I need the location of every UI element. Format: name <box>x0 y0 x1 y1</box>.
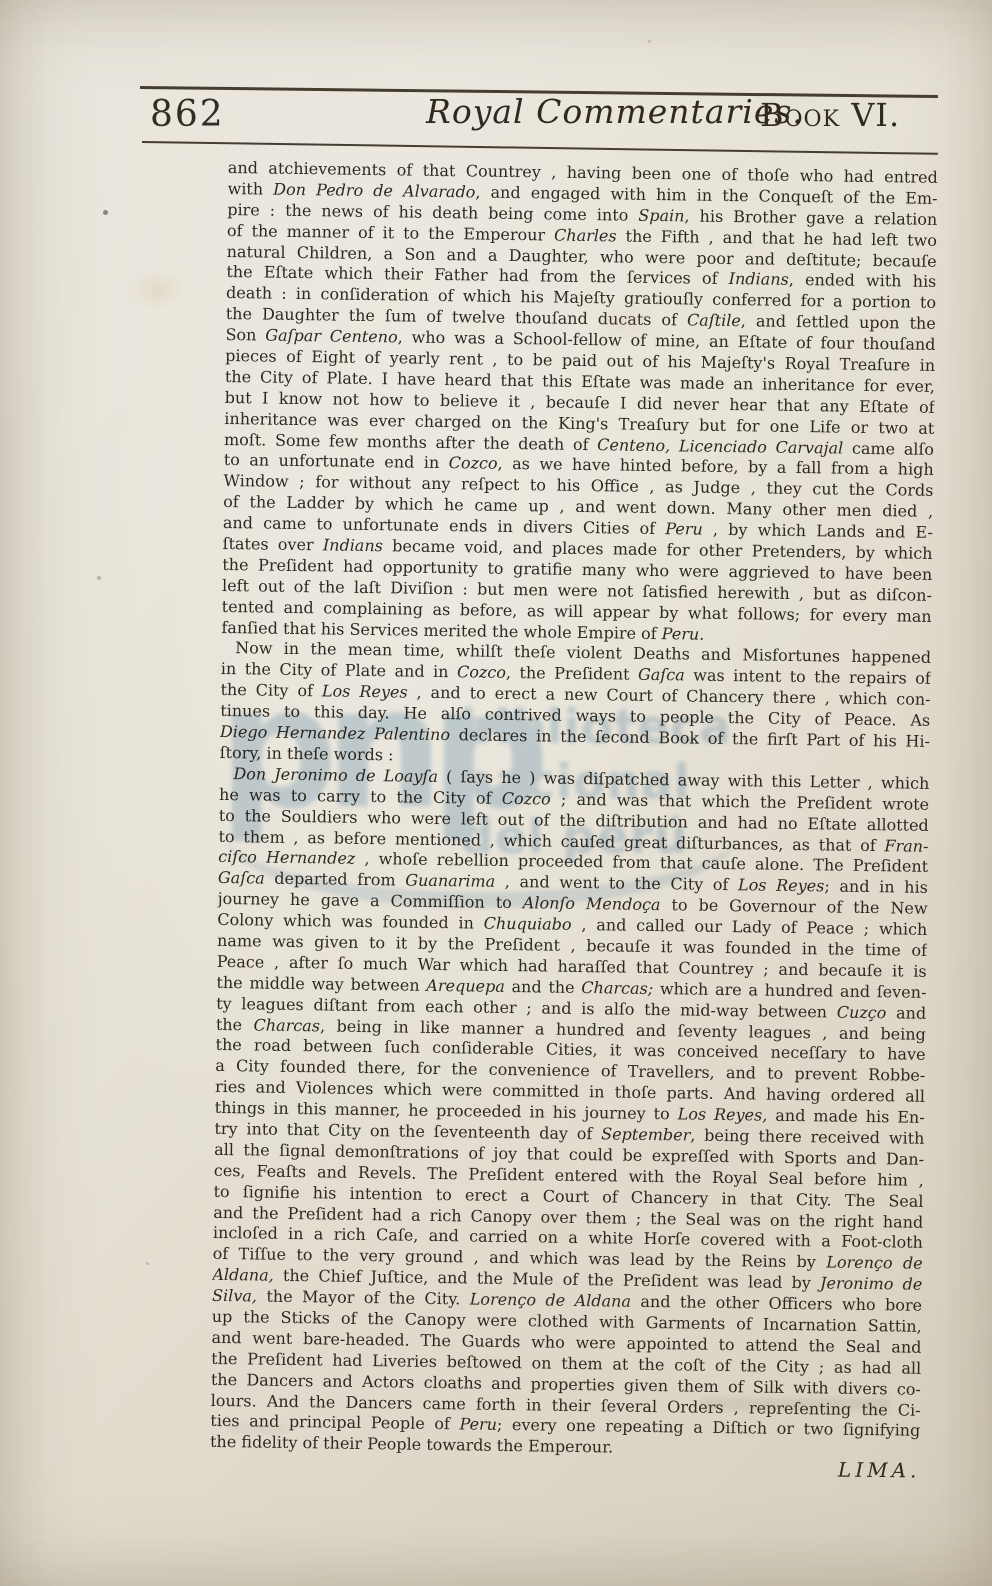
page-number: 862 <box>150 94 225 135</box>
ink-speck <box>97 576 101 580</box>
running-title: Royal Commentaries. <box>426 92 804 131</box>
paper-stain <box>130 270 185 310</box>
catchword: LIMA. <box>838 1458 921 1483</box>
page-body-text: and atchievements of that Countrey , hav… <box>210 158 938 1463</box>
header-rule-bottom <box>142 141 938 155</box>
ink-speck <box>146 1262 149 1265</box>
ink-speck <box>103 210 108 215</box>
book-label: Book VI. <box>760 96 900 134</box>
book-page: 862 Royal Commentaries. Book VI. and atc… <box>0 0 992 1586</box>
ink-speck <box>648 40 651 43</box>
